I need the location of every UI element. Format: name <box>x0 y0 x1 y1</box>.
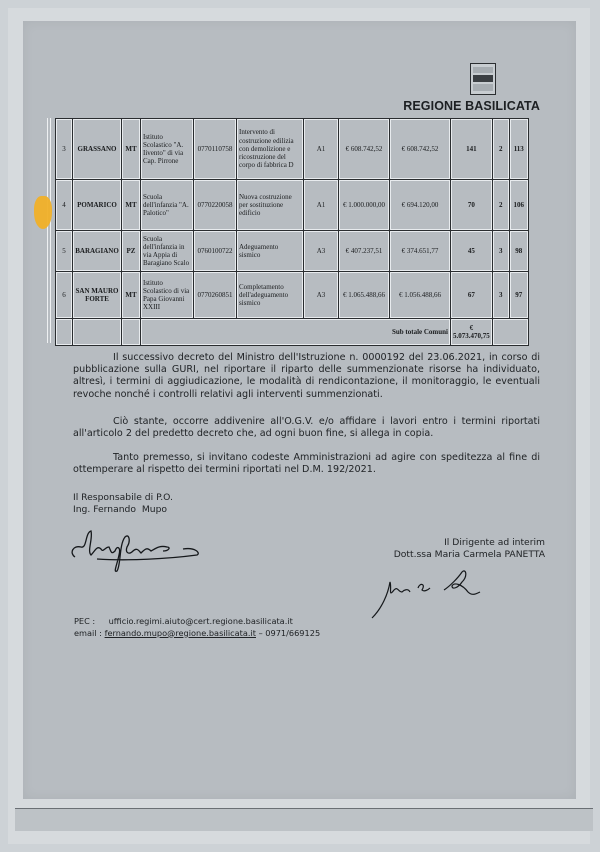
category-cell: A1 <box>304 119 339 180</box>
email-link[interactable]: fernando.mupo@regione.basilicata.it <box>105 628 256 638</box>
school-cell: Scuola dell'infanzia in via Appia di Bar… <box>141 231 194 272</box>
score-a-cell: 70 <box>451 180 493 231</box>
amount-financed-cell: € 694.120,00 <box>390 180 451 231</box>
score-a-cell: 67 <box>451 272 493 319</box>
pec-label: PEC : <box>74 616 106 628</box>
subtotal-label: Sub totale Comuni <box>141 319 451 346</box>
signature-left-icon <box>67 525 207 575</box>
score-a-cell: 45 <box>451 231 493 272</box>
table-row: 3 GRASSANO MT Istituto Scolastico "A. Ii… <box>56 119 529 180</box>
row-number: 6 <box>56 272 73 319</box>
email-label: email : <box>74 628 102 638</box>
category-cell: A1 <box>304 180 339 231</box>
table-margin-rule <box>50 118 51 343</box>
paragraph-invitation: Tanto premesso, si invitano codeste Ammi… <box>73 452 540 476</box>
amount-financed-cell: € 1.056.488,66 <box>390 272 451 319</box>
category-cell: A3 <box>304 272 339 319</box>
row-number: 3 <box>56 119 73 180</box>
signatory-left: Il Responsabile di P.O. Ing. Fernando Mu… <box>73 492 173 515</box>
table-row: 5 BARAGIANO PZ Scuola dell'infanzia in v… <box>56 231 529 272</box>
score-b-cell: 2 <box>492 180 509 231</box>
amount-requested-cell: € 1.000.000,00 <box>339 180 390 231</box>
pec-address[interactable]: ufficio.regimi.aiuto@cert.regione.basili… <box>109 616 293 626</box>
signatory-left-name: Ing. Fernando Mupo <box>73 504 173 516</box>
score-b-cell: 2 <box>492 119 509 180</box>
intervention-cell: Adeguamento sismico <box>237 231 304 272</box>
score-a-cell: 141 <box>451 119 493 180</box>
comune-cell: SAN MAURO FORTE <box>73 272 122 319</box>
regione-crest-icon <box>470 63 496 95</box>
paragraph-ogv: Ciò stante, occorre addivenire all'O.G.V… <box>73 416 540 440</box>
table-margin-rule <box>47 118 48 343</box>
score-b-cell: 3 <box>492 231 509 272</box>
intervention-cell: Completamento dell'adeguamento sismico <box>237 272 304 319</box>
province-cell: PZ <box>122 231 141 272</box>
amount-requested-cell: € 608.742,52 <box>339 119 390 180</box>
building-code-cell: 0770220058 <box>194 180 237 231</box>
amount-financed-cell: € 374.651,77 <box>390 231 451 272</box>
signatory-right-role: Il Dirigente ad interim <box>340 537 545 549</box>
subtotal-row: Sub totale Comuni€ 5.073.470,75 <box>56 319 529 346</box>
table-row: 6 SAN MAURO FORTE MT Istituto Scolastico… <box>56 272 529 319</box>
phone-number: – 0971/669125 <box>256 628 320 638</box>
score-c-cell: 113 <box>509 119 528 180</box>
school-cell: Scuola dell'infanzia "A. Palotico" <box>141 180 194 231</box>
intervention-cell: Intervento di costruzione edilizia con d… <box>237 119 304 180</box>
signature-right-icon <box>368 568 488 623</box>
score-c-cell: 106 <box>509 180 528 231</box>
comune-cell: POMARICO <box>73 180 122 231</box>
funding-table: 3 GRASSANO MT Istituto Scolastico "A. Ii… <box>55 118 529 346</box>
signatory-left-role: Il Responsabile di P.O. <box>73 492 173 504</box>
organization-title: REGIONE BASILICATA <box>400 99 540 113</box>
province-cell: MT <box>122 119 141 180</box>
subtotal-value: € 5.073.470,75 <box>451 319 493 346</box>
building-code-cell: 0770110758 <box>194 119 237 180</box>
comune-cell: BARAGIANO <box>73 231 122 272</box>
school-cell: Istituto Scolastico "A. Iivento" di via … <box>141 119 194 180</box>
province-cell: MT <box>122 180 141 231</box>
row-number: 5 <box>56 231 73 272</box>
amount-financed-cell: € 608.742,52 <box>390 119 451 180</box>
amount-requested-cell: € 1.065.488,66 <box>339 272 390 319</box>
intervention-cell: Nuova costruzione per sostituzione edifi… <box>237 180 304 231</box>
score-c-cell: 98 <box>509 231 528 272</box>
highlighter-mark <box>34 196 52 229</box>
province-cell: MT <box>122 272 141 319</box>
score-c-cell: 97 <box>509 272 528 319</box>
building-code-cell: 0760100722 <box>194 231 237 272</box>
signatory-right: Il Dirigente ad interim Dott.ssa Maria C… <box>340 537 545 560</box>
amount-requested-cell: € 407.237,51 <box>339 231 390 272</box>
table-row: 4 POMARICO MT Scuola dell'infanzia "A. P… <box>56 180 529 231</box>
signatory-right-name: Dott.ssa Maria Carmela PANETTA <box>340 549 545 561</box>
category-cell: A3 <box>304 231 339 272</box>
row-number: 4 <box>56 180 73 231</box>
school-cell: Istituto Scolastico di via Papa Giovanni… <box>141 272 194 319</box>
building-code-cell: 0770260851 <box>194 272 237 319</box>
score-b-cell: 3 <box>492 272 509 319</box>
page-edge-strip <box>15 809 593 831</box>
comune-cell: GRASSANO <box>73 119 122 180</box>
paragraph-decree: Il successivo decreto del Ministro dell'… <box>73 352 540 401</box>
contact-block: PEC : ufficio.regimi.aiuto@cert.regione.… <box>74 616 320 639</box>
